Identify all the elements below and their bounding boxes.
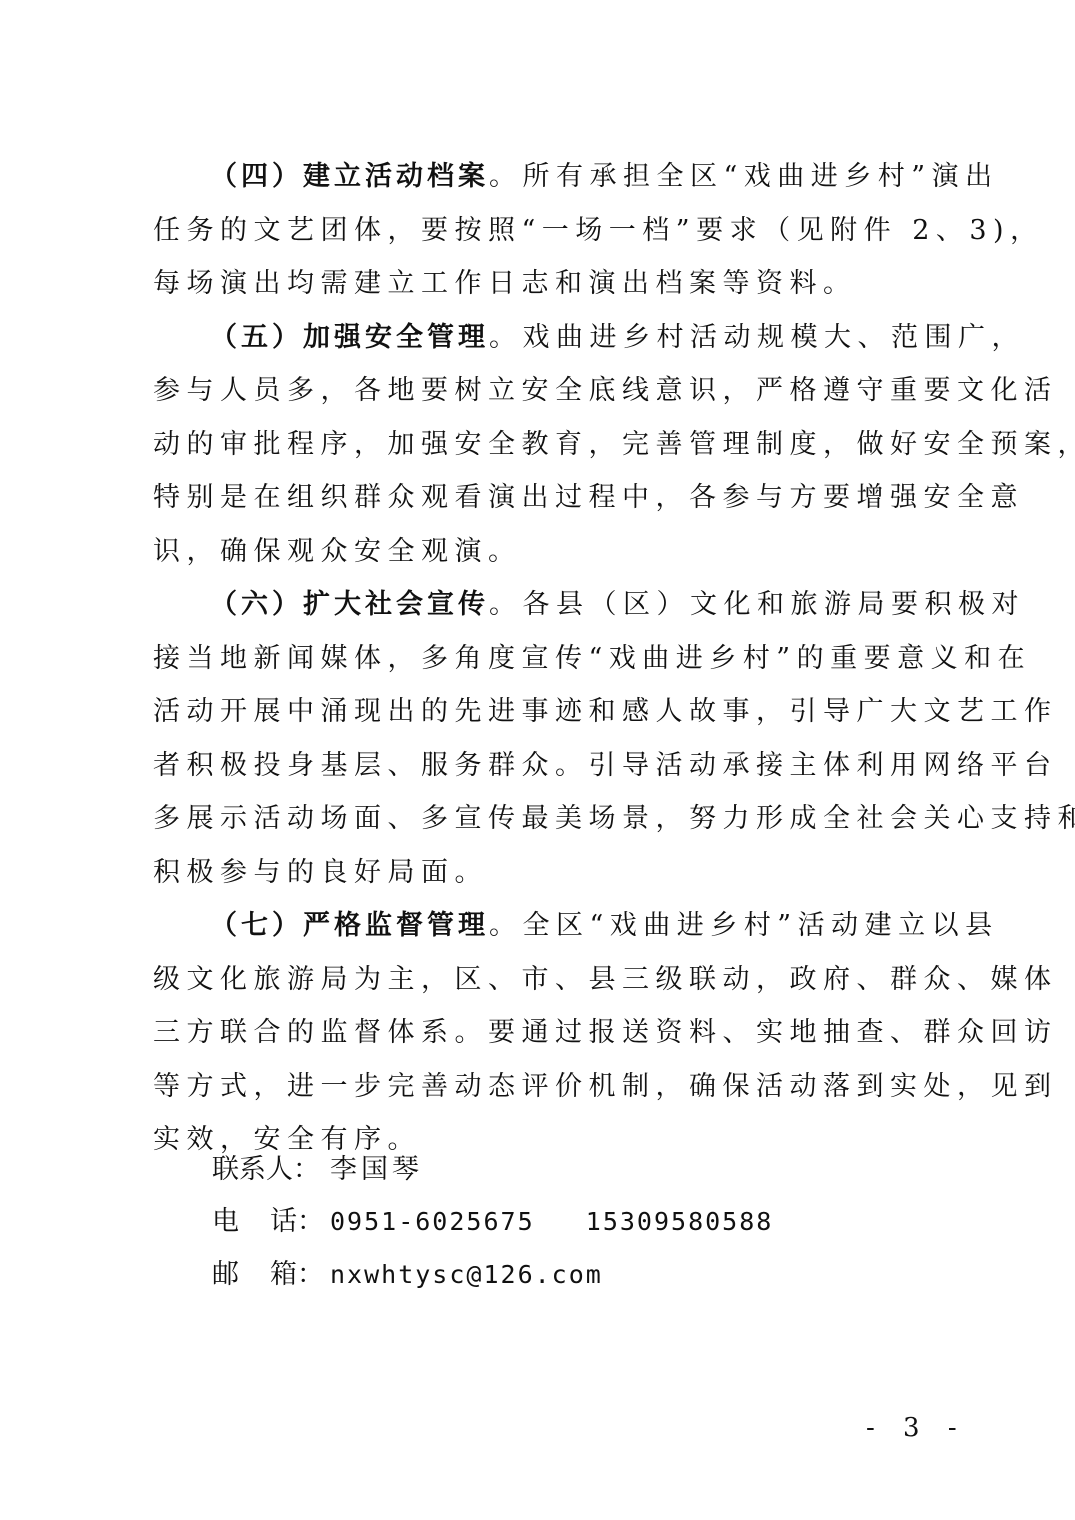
- section-five-line-5: 识，确保观众安全观演。: [153, 532, 929, 572]
- section-four-heading: （四）建立活动档案: [210, 161, 489, 192]
- section-five-heading: （五）加强安全管理: [210, 322, 489, 353]
- section-seven-line-4: 等方式，进一步完善动态评价机制，确保活动落到实处，见到: [153, 1067, 929, 1107]
- section-seven-line-3: 三方联合的监督体系。要通过报送资料、实地抽查、群众回访: [153, 1013, 929, 1053]
- section-six-line-3: 活动开展中涌现出的先进事迹和感人故事，引导广大文艺工作: [153, 692, 929, 732]
- section-five-line-1: （五）加强安全管理。戏曲进乡村活动规模大、范围广，: [210, 318, 929, 358]
- section-four-line-2: 任务的文艺团体，要按照“一场一档”要求（见附件 2、3)，: [153, 211, 929, 251]
- document-page: （四）建立活动档案。所有承担全区“戏曲进乡村”演出 任务的文艺团体，要按照“一场…: [0, 0, 1075, 1520]
- section-seven-line-2: 级文化旅游局为主，区、市、县三级联动，政府、群众、媒体: [153, 960, 929, 1000]
- section-six-line-2: 接当地新闻媒体，多角度宣传“戏曲进乡村”的重要意义和在: [153, 639, 929, 679]
- section-five-line-3: 动的审批程序，加强安全教育，完善管理制度，做好安全预案，: [153, 425, 929, 465]
- contact-phone-value: 0951-6025675 15309580588: [330, 1207, 773, 1236]
- section-six-line-6: 积极参与的良好局面。: [153, 853, 929, 893]
- section-seven-line-1: （七）严格监督管理。全区“戏曲进乡村”活动建立以县: [210, 906, 929, 946]
- section-four-line-3: 每场演出均需建立工作日志和演出档案等资料。: [153, 264, 929, 304]
- section-six-heading: （六）扩大社会宣传: [210, 589, 489, 620]
- contact-email-value: nxwhtysc@126.com: [330, 1260, 603, 1289]
- section-four-line-1: （四）建立活动档案。所有承担全区“戏曲进乡村”演出: [210, 157, 929, 197]
- contact-email: 邮箱：nxwhtysc@126.com: [212, 1255, 603, 1295]
- section-six-line-4: 者积极投身基层、服务群众。引导活动承接主体利用网络平台: [153, 746, 929, 786]
- contact-person-label: 联系人：: [212, 1150, 330, 1190]
- section-six-line-5: 多展示活动场面、多宣传最美场景，努力形成全社会关心支持和: [153, 799, 929, 839]
- section-five-line-2: 参与人员多，各地要树立安全底线意识，严格遵守重要文化活: [153, 371, 929, 411]
- contact-phone-label: 电话：: [212, 1202, 330, 1242]
- contact-phone: 电话：0951-6025675 15309580588: [212, 1202, 773, 1242]
- section-five-line-4: 特别是在组织群众观看演出过程中，各参与方要增强安全意: [153, 478, 929, 518]
- contact-person: 联系人：李国琴: [212, 1150, 423, 1190]
- section-seven-heading: （七）严格监督管理: [210, 910, 489, 941]
- contact-person-value: 李国琴: [330, 1154, 423, 1185]
- contact-email-label: 邮箱：: [212, 1255, 330, 1295]
- page-number: - 3 -: [866, 1410, 967, 1446]
- section-six-line-1: （六）扩大社会宣传。各县（区）文化和旅游局要积极对: [210, 585, 929, 625]
